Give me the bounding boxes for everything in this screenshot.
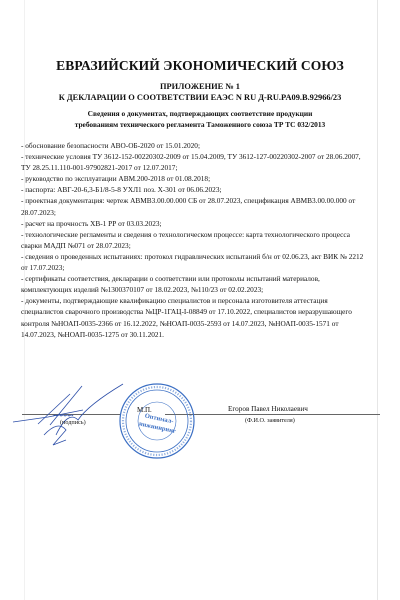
- list-item: - документы, подтверждающие квалификацию…: [21, 295, 366, 339]
- signature-block: (подпись) Оптимал- инжиниринг М.П. Егоро…: [0, 380, 400, 470]
- list-item: - обоснование безопасности АВО-ОБ-2020 о…: [21, 140, 366, 151]
- document-subtitle: Сведения о документах, подтверждающих со…: [0, 108, 400, 130]
- annex-number: ПРИЛОЖЕНИЕ № 1: [0, 81, 400, 92]
- list-item: - паспорта: АВГ-20-6,3-Б1/8-5-8 УХЛ1 поз…: [21, 184, 366, 195]
- union-title: ЕВРАЗИЙСКИЙ ЭКОНОМИЧЕСКИЙ СОЮЗ: [0, 58, 400, 74]
- list-item: - расчет на прочность ХВ-1 РР от 03.03.2…: [21, 218, 366, 229]
- list-item: - сведения о проведенных испытаниях: про…: [21, 251, 366, 273]
- signature-caption: (подпись): [60, 419, 86, 426]
- company-stamp-icon: Оптимал- инжиниринг: [118, 382, 196, 460]
- documents-list: - обоснование безопасности АВО-ОБ-2020 о…: [21, 140, 366, 340]
- list-item: - сертификаты соответствия, декларации о…: [21, 273, 366, 295]
- signer-caption: (Ф.И.О. заявителя): [245, 417, 295, 424]
- annex-heading: ПРИЛОЖЕНИЕ № 1 К ДЕКЛАРАЦИИ О СООТВЕТСТВ…: [0, 81, 400, 103]
- list-item: - технологические регламенты и сведения …: [21, 229, 366, 251]
- list-item: - руководство по эксплуатации АВМ.200-20…: [21, 173, 366, 184]
- name-line: [165, 414, 380, 415]
- declaration-reference: К ДЕКЛАРАЦИИ О СООТВЕТСТВИИ ЕАЭС N RU Д-…: [0, 92, 400, 103]
- subtitle-line-1: Сведения о документах, подтверждающих со…: [0, 108, 400, 119]
- signer-name: Егоров Павел Николаевич: [228, 405, 308, 413]
- stamp-label: М.П.: [137, 406, 152, 414]
- list-item: - технические условия ТУ 3612-152-002203…: [21, 151, 366, 173]
- list-item: - проектная документация: чертеж АВМВ3.0…: [21, 195, 366, 217]
- subtitle-line-2: требованиям технического регламента Тамо…: [0, 119, 400, 130]
